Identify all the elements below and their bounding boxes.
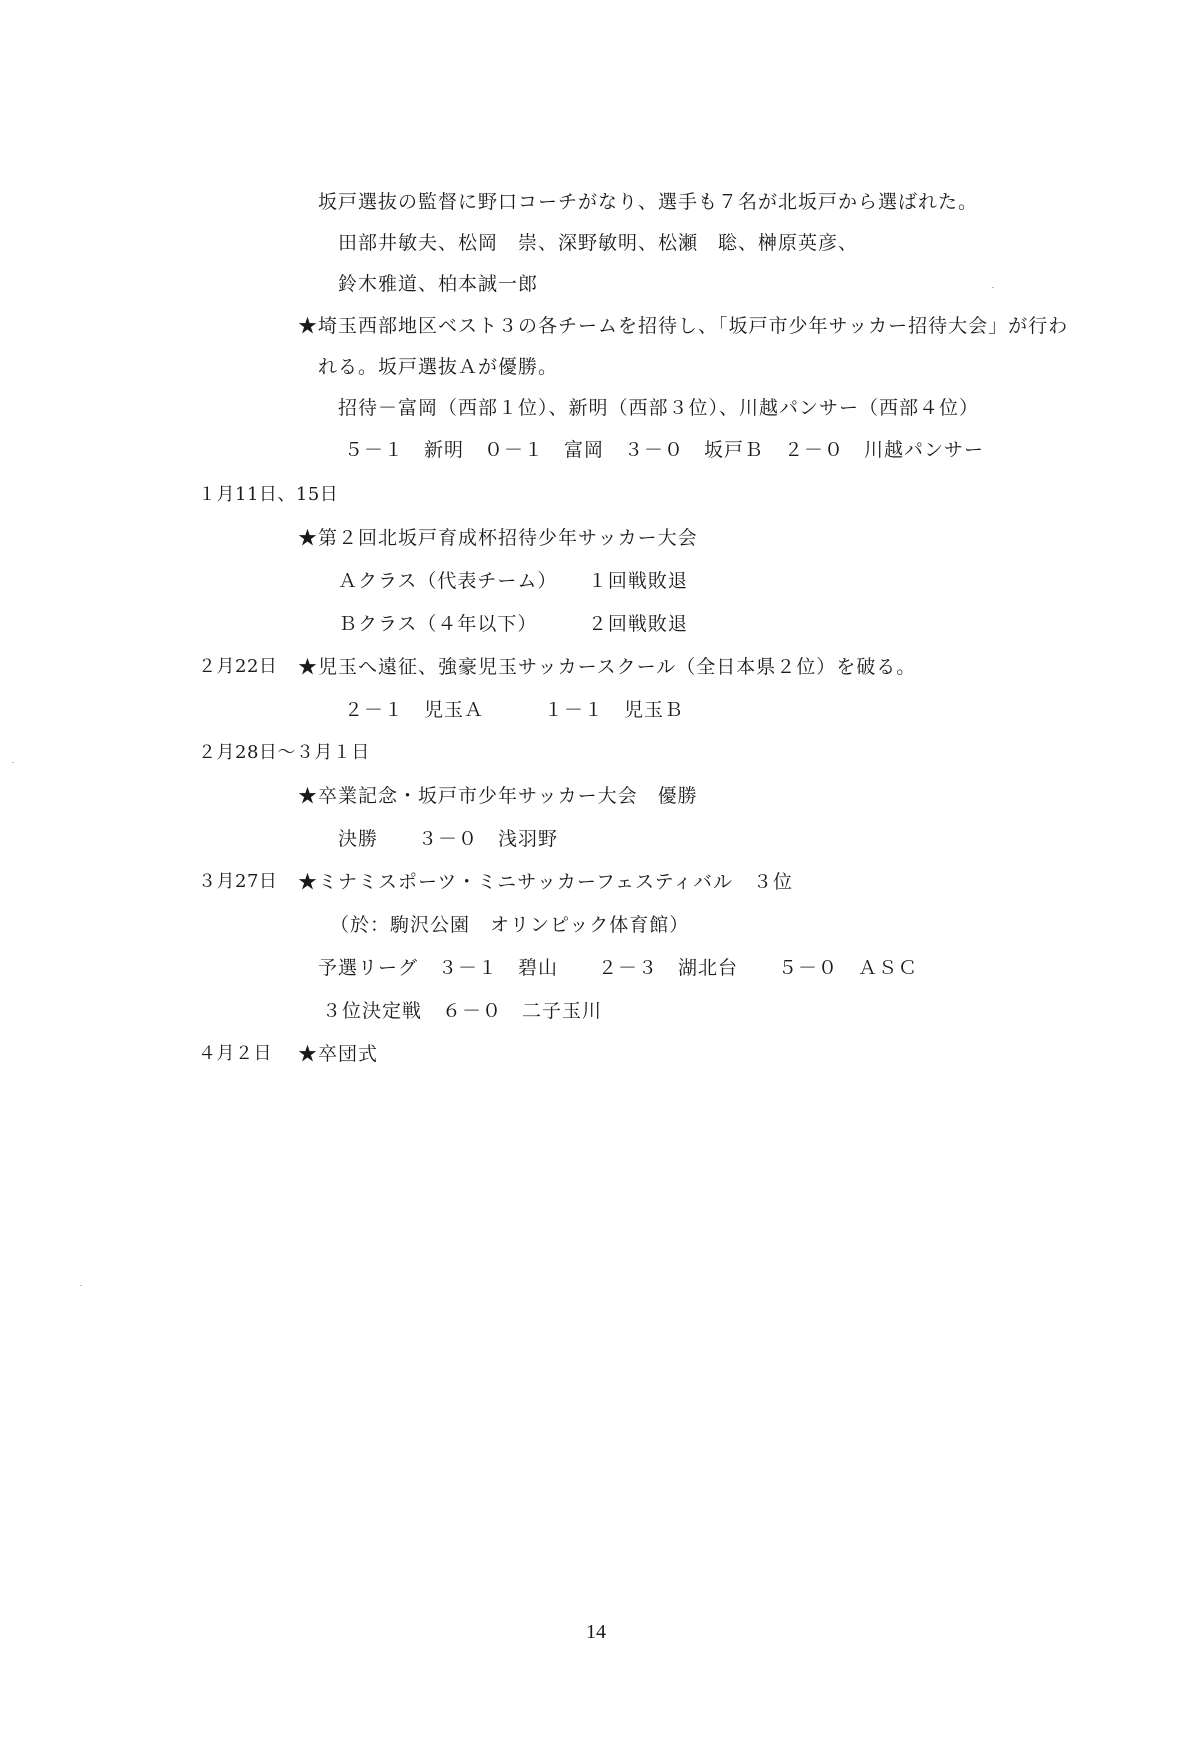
entry-date: ４月２日 — [198, 1042, 272, 1066]
invitational-headline-line-1: ★埼玉西部地区ベスト３の各チームを招待し、「坂戸市少年サッカー招待大会」が行わ — [298, 314, 1068, 338]
entry-detail: Ｂクラス（４年以下） ２回戦敗退 — [338, 612, 688, 636]
document-page: 坂戸選抜の監督に野口コーチがなり、選手も７名が北坂戸から選ばれた。 田部井敏夫、… — [0, 0, 1200, 1746]
entry-date: １月11日、15日 — [198, 483, 338, 507]
scan-speck — [992, 287, 994, 288]
invitational-results: ５－１ 新明 ０－１ 富岡 ３－０ 坂戸Ｂ ２－０ 川越パンサー — [344, 438, 984, 462]
entry-date: ３月27日 — [198, 870, 277, 894]
entry-title: ★卒業記念・坂戸市少年サッカー大会 優勝 — [298, 784, 698, 808]
players-list-line-1: 田部井敏夫、松岡 崇、深野敏明、松瀬 聡、榊原英彦、 — [338, 231, 858, 255]
entry-title: ★第２回北坂戸育成杯招待少年サッカー大会 — [298, 526, 698, 550]
invited-teams: 招待－富岡（西部１位）、新明（西部３位）、川越パンサー（西部４位） — [338, 396, 979, 420]
entry-title: ★児玉へ遠征、強豪児玉サッカースクール（全日本県２位）を破る。 — [298, 655, 916, 679]
invitational-headline-line-2: れる。坂戸選抜Ａが優勝。 — [318, 355, 558, 379]
intro-paragraph: 坂戸選抜の監督に野口コーチがなり、選手も７名が北坂戸から選ばれた。 — [318, 190, 978, 214]
entry-detail-venue: （於：駒沢公園 オリンピック体育館） — [330, 913, 689, 937]
entry-detail-playoff: ３位決定戦 ６－０ 二子玉川 — [322, 999, 602, 1023]
players-list-line-2: 鈴木雅道、柏本誠一郎 — [338, 272, 538, 296]
scan-speck — [12, 762, 14, 763]
entry-detail: ２－１ 児玉Ａ １－１ 児玉Ｂ — [344, 698, 684, 722]
entry-title: ★卒団式 — [298, 1042, 378, 1066]
entry-detail: 決勝 ３－０ 浅羽野 — [338, 827, 558, 851]
page-number: 14 — [586, 1620, 606, 1644]
entry-detail-league: 予選リーグ ３－１ 碧山 ２－３ 湖北台 ５－０ ＡＳＣ — [318, 956, 918, 980]
entry-date: ２月28日～３月１日 — [198, 741, 370, 765]
entry-detail: Ａクラス（代表チーム） １回戦敗退 — [338, 569, 688, 593]
scan-speck — [80, 1285, 82, 1286]
entry-title: ★ミナミスポーツ・ミニサッカーフェスティバル ３位 — [298, 870, 793, 894]
entry-date: ２月22日 — [198, 655, 277, 679]
